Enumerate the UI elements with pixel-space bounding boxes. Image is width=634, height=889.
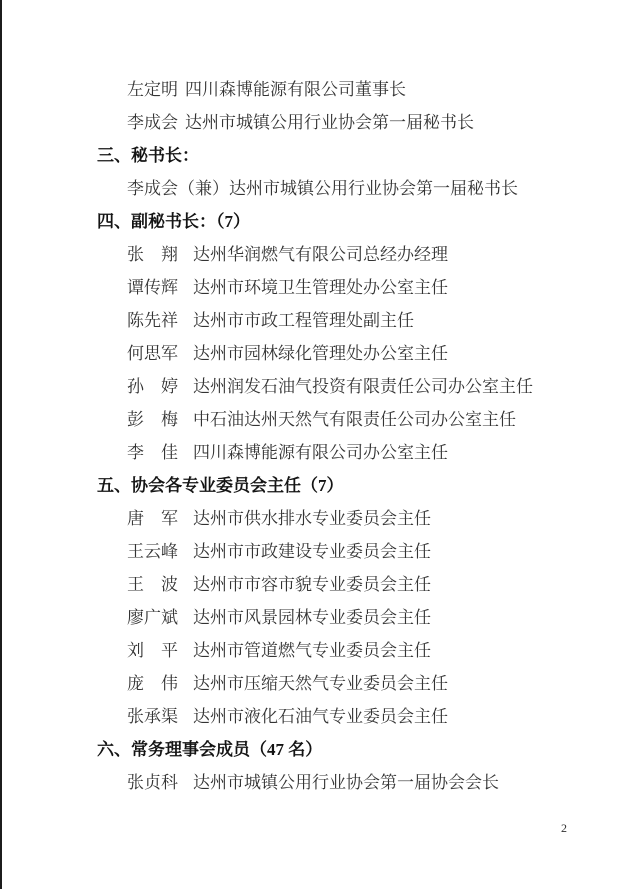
- entry-row: 李成会达州市城镇公用行业协会第一届秘书长: [0, 106, 634, 139]
- member-name: 唐 军: [127, 502, 178, 535]
- heading-committee-chairs: 五、协会各专业委员会主任（7）: [0, 469, 634, 502]
- member-title: 四川森博能源有限公司办公室主任: [193, 443, 448, 462]
- member-title: 达州市市政工程管理处副主任: [193, 311, 414, 330]
- entry-row: 张 翔达州华润燃气有限公司总经办经理: [0, 238, 634, 271]
- member-name: 左定明: [127, 73, 178, 106]
- entry-row: 谭传辉达州市环境卫生管理处办公室主任: [0, 271, 634, 304]
- member-name: 廖广斌: [127, 601, 178, 634]
- heading-secretary-general: 三、秘书长：: [0, 139, 634, 172]
- member-title: 达州市城镇公用行业协会第一届秘书长: [185, 113, 474, 132]
- member-name: 王 波: [127, 568, 178, 601]
- member-title: 中石油达州天然气有限责任公司办公室主任: [193, 410, 516, 429]
- entry-row: 何思军达州市园林绿化管理处办公室主任: [0, 337, 634, 370]
- paragraph-line: 李成会（兼）达州市城镇公用行业协会第一届秘书长: [0, 172, 634, 205]
- member-name: 庞 伟: [127, 667, 178, 700]
- member-name: 彭 梅: [127, 403, 178, 436]
- section-heading-text: 六、常务理事会成员（47 名）: [97, 740, 322, 759]
- heading-standing-council-members: 六、常务理事会成员（47 名）: [0, 733, 634, 766]
- entry-row: 廖广斌达州市风景园林专业委员会主任: [0, 601, 634, 634]
- member-name: 张 翔: [127, 238, 178, 271]
- member-title: 达州润发石油气投资有限责任公司办公室主任: [193, 377, 533, 396]
- member-title: 达州市风景园林专业委员会主任: [193, 608, 431, 627]
- entry-row: 王 波达州市市容市貌专业委员会主任: [0, 568, 634, 601]
- entry-row: 左定明四川森博能源有限公司董事长: [0, 73, 634, 106]
- document-body: 左定明四川森博能源有限公司董事长 李成会达州市城镇公用行业协会第一届秘书长 三、…: [0, 73, 634, 799]
- member-name: 孙 婷: [127, 370, 178, 403]
- member-name: 刘 平: [127, 634, 178, 667]
- entry-row: 孙 婷达州润发石油气投资有限责任公司办公室主任: [0, 370, 634, 403]
- member-title: 达州市园林绿化管理处办公室主任: [193, 344, 448, 363]
- section-heading-text: 四、副秘书长：（7）: [97, 212, 250, 231]
- member-title: 达州华润燃气有限公司总经办经理: [193, 245, 448, 264]
- member-title: 达州市环境卫生管理处办公室主任: [193, 278, 448, 297]
- member-name: 谭传辉: [127, 271, 178, 304]
- entry-row: 唐 军达州市供水排水专业委员会主任: [0, 502, 634, 535]
- entry-row: 庞 伟达州市压缩天然气专业委员会主任: [0, 667, 634, 700]
- member-title: 达州市城镇公用行业协会第一届协会会长: [193, 773, 499, 792]
- member-title: 达州市市政建设专业委员会主任: [193, 542, 431, 561]
- member-title: 四川森博能源有限公司董事长: [185, 80, 406, 99]
- member-name: 陈先祥: [127, 304, 178, 337]
- member-name: 何思军: [127, 337, 178, 370]
- entry-row: 李 佳四川森博能源有限公司办公室主任: [0, 436, 634, 469]
- entry-row: 张承渠达州市液化石油气专业委员会主任: [0, 700, 634, 733]
- member-title: 达州市压缩天然气专业委员会主任: [193, 674, 448, 693]
- member-title: 达州市市容市貌专业委员会主任: [193, 575, 431, 594]
- member-name: 张承渠: [127, 700, 178, 733]
- entry-row: 张贞科达州市城镇公用行业协会第一届协会会长: [0, 766, 634, 799]
- entry-row: 彭 梅中石油达州天然气有限责任公司办公室主任: [0, 403, 634, 436]
- member-name: 王云峰: [127, 535, 178, 568]
- member-title: 达州市供水排水专业委员会主任: [193, 509, 431, 528]
- member-name: 张贞科: [127, 766, 178, 799]
- document-page: 左定明四川森博能源有限公司董事长 李成会达州市城镇公用行业协会第一届秘书长 三、…: [0, 0, 634, 889]
- entry-row: 王云峰达州市市政建设专业委员会主任: [0, 535, 634, 568]
- section-heading-text: 三、秘书长：: [97, 146, 199, 165]
- section-heading-text: 五、协会各专业委员会主任（7）: [97, 476, 344, 495]
- member-name: 李 佳: [127, 436, 178, 469]
- member-title: 达州市液化石油气专业委员会主任: [193, 707, 448, 726]
- heading-deputy-secretary-general: 四、副秘书长：（7）: [0, 205, 634, 238]
- entry-row: 刘 平达州市管道燃气专业委员会主任: [0, 634, 634, 667]
- member-title: 达州市管道燃气专业委员会主任: [193, 641, 431, 660]
- entry-row: 陈先祥达州市市政工程管理处副主任: [0, 304, 634, 337]
- paragraph-text: 李成会（兼）达州市城镇公用行业协会第一届秘书长: [127, 179, 518, 198]
- member-name: 李成会: [127, 106, 178, 139]
- page-number: 2: [558, 820, 570, 836]
